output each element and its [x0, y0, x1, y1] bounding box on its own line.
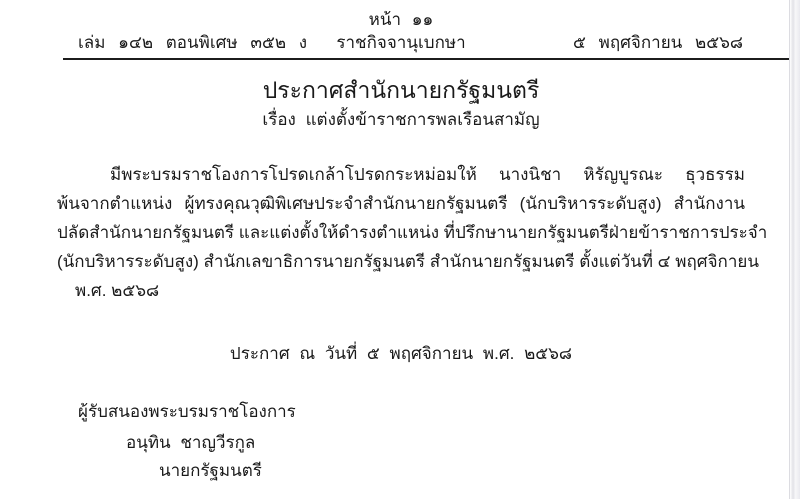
countersign-label: ผู้รับสนองพระบรมราชโองการ — [78, 398, 296, 425]
header-divider-rule — [63, 58, 793, 60]
page-right-edge — [789, 0, 800, 499]
countersign-name: อนุทิน ชาญวีรกูล — [126, 429, 255, 456]
body-line: พ.ศ. ๒๕๖๘ — [75, 276, 745, 305]
announcement-body: มีพระบรมราชโองการโปรดเกล้าโปรดกระหม่อมให… — [57, 160, 745, 305]
gazette-page: หน้า ๑๑ เล่ม ๑๔๒ ตอนพิเศษ ๓๕๒ ง ราชกิจจา… — [0, 0, 800, 499]
body-line: พ้นจากตำแหน่ง ผู้ทรงคุณวุฒิพิเศษประจำสำน… — [57, 189, 745, 218]
body-line: ปลัดสำนักนายกรัฐมนตรี และแต่งตั้งให้ดำรง… — [57, 218, 745, 247]
promulgation-date-line: ประกาศ ณ วันที่ ๕ พฤศจิกายน พ.ศ. ๒๕๖๘ — [57, 340, 745, 368]
announcement-title: ประกาศสำนักนายกรัฐมนตรี — [57, 74, 745, 106]
announcement-subject: เรื่อง แต่งตั้งข้าราชการพลเรือนสามัญ — [57, 107, 745, 133]
body-line: (นักบริหารระดับสูง) สำนักเลขาธิการนายกรั… — [57, 247, 745, 276]
body-line: มีพระบรมราชโองการโปรดเกล้าโปรดกระหม่อมให… — [57, 160, 745, 189]
countersign-position: นายกรัฐมนตรี — [159, 457, 262, 484]
header-date: ๕ พฤศจิกายน ๒๕๖๘ — [573, 29, 743, 56]
